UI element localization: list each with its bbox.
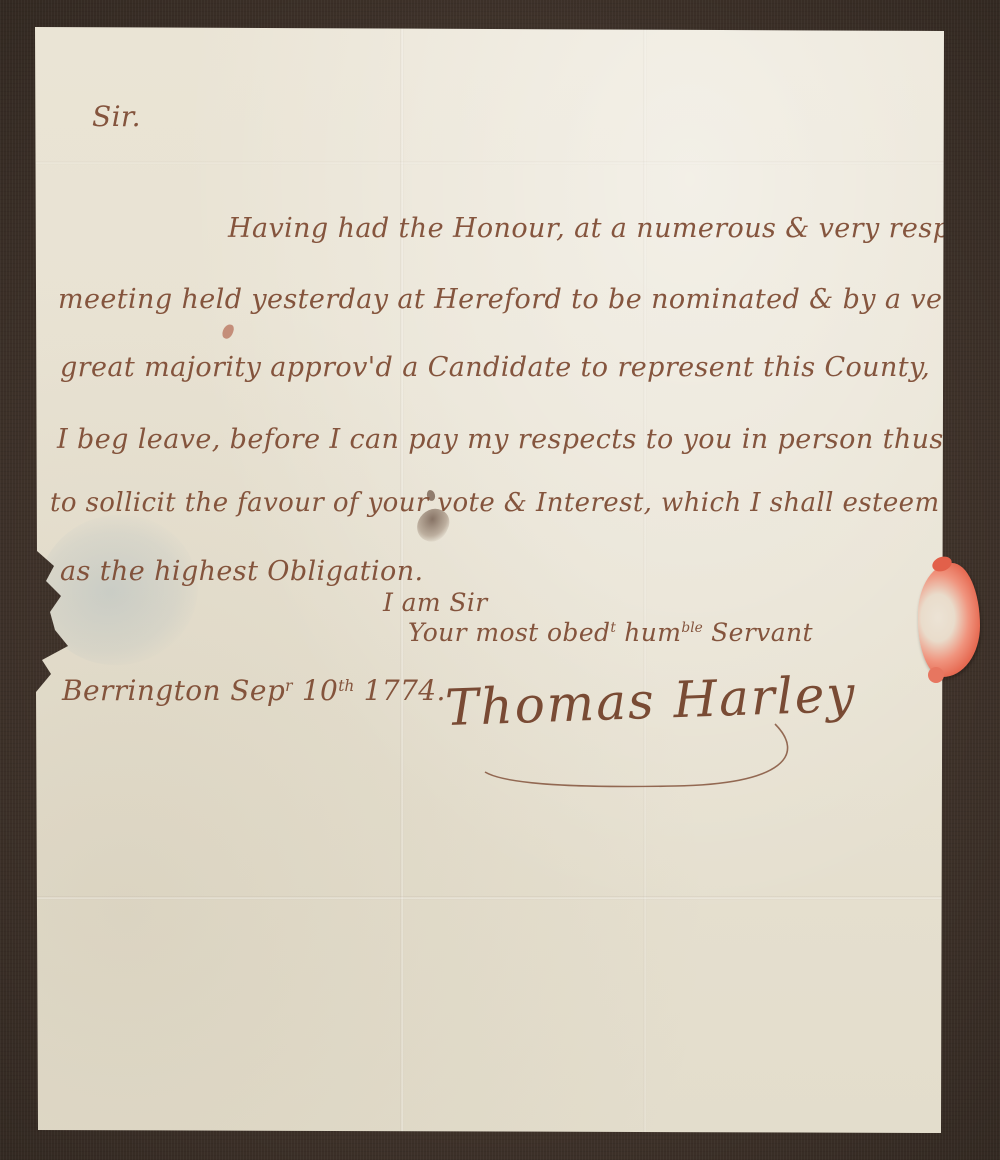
body-line-5: to sollicit the favour of your vote & In… <box>50 488 940 518</box>
fold-crease-vertical-2 <box>643 24 647 1134</box>
dateline-place: Berrington Sep <box>62 674 285 707</box>
valediction-text-2: hum <box>616 618 681 647</box>
body-line-6: as the highest Obligation. <box>60 556 423 587</box>
red-speck-stain <box>221 323 236 341</box>
salutation: Sir. <box>92 100 141 133</box>
body-line-4: I beg leave, before I can pay my respect… <box>57 424 944 455</box>
valediction-text-3: Servant <box>703 618 813 647</box>
letter-sheet: Sir. Having had the Honour, at a numerou… <box>35 24 944 1134</box>
dateline-year: 1774. <box>354 674 445 707</box>
valediction-text-1: Your most obed <box>408 618 610 647</box>
fold-crease-horizontal-1 <box>35 896 944 900</box>
dateline-superscript-1: r <box>285 677 292 695</box>
wax-seal-fragment <box>928 667 944 683</box>
body-line-3: great majority approv'd a Candidate to r… <box>60 352 930 383</box>
signature: Thomas Harley <box>444 665 857 737</box>
fold-crease-horizontal-2 <box>35 161 944 165</box>
closing-line: I am Sir <box>383 588 488 617</box>
dateline-superscript-2: th <box>338 677 354 695</box>
body-line-2: meeting held yesterday at Hereford to be… <box>58 284 971 315</box>
dateline-day: 10 <box>293 674 339 707</box>
valediction: Your most obedt humble Servant <box>408 618 813 647</box>
valediction-superscript-2: ble <box>681 620 702 636</box>
body-line-1: Having had the Honour, at a numerous & v… <box>228 213 1000 244</box>
place-and-date: Berrington Sepr 10th 1774. <box>62 674 446 707</box>
